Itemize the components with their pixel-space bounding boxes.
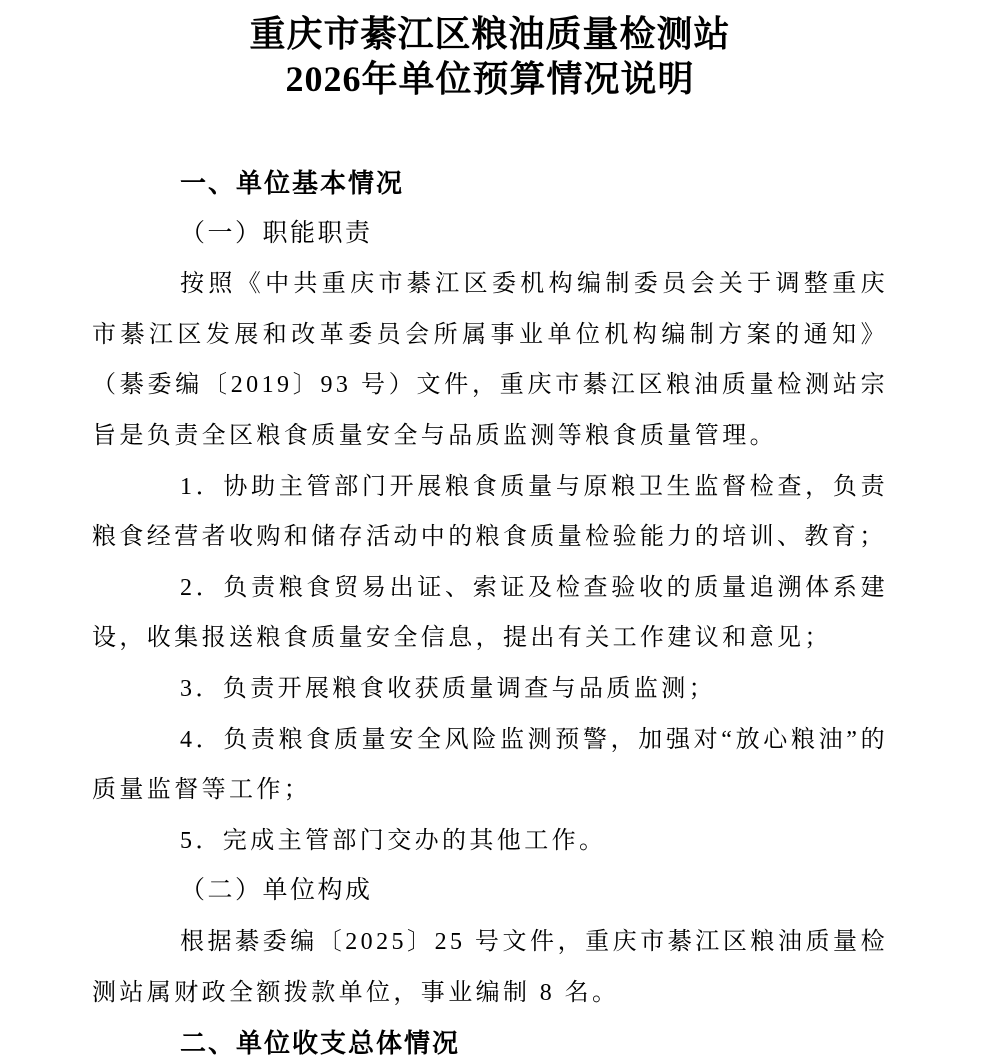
paragraph-duty-5: 5．完成主管部门交办的其他工作。 [92, 816, 888, 867]
document-title-line-2: 2026年单位预算情况说明 [92, 57, 888, 102]
section-heading-2: 二、单位收支总体情况 [92, 1018, 888, 1063]
document-title: 重庆市綦江区粮油质量检测站 2026年单位预算情况说明 [92, 12, 888, 102]
subsection-heading-1-2: （二）单位构成 [92, 866, 888, 917]
paragraph-duty-1: 1．协助主管部门开展粮食质量与原粮卫生监督检查，负责粮食经营者收购和储存活动中的… [92, 462, 888, 563]
document-content: 重庆市綦江区粮油质量检测站 2026年单位预算情况说明 一、单位基本情况 （一）… [0, 0, 1000, 1063]
paragraph-duty-2: 2．负责粮食贸易出证、索证及检查验收的质量追溯体系建设，收集报送粮食质量安全信息… [92, 563, 888, 664]
document-title-line-1: 重庆市綦江区粮油质量检测站 [92, 12, 888, 57]
paragraph-duty-3: 3．负责开展粮食收获质量调查与品质监测； [92, 664, 888, 715]
paragraph-duty-4: 4．负责粮食质量安全风险监测预警，加强对“放心粮油”的质量监督等工作； [92, 715, 888, 816]
paragraph-mandate: 按照《中共重庆市綦江区委机构编制委员会关于调整重庆市綦江区发展和改革委员会所属事… [92, 259, 888, 461]
paragraph-composition: 根据綦委编〔2025〕25 号文件，重庆市綦江区粮油质量检测站属财政全额拨款单位… [92, 917, 888, 1018]
subsection-heading-1-1: （一）职能职责 [92, 209, 888, 260]
document-page: 重庆市綦江区粮油质量检测站 2026年单位预算情况说明 一、单位基本情况 （一）… [0, 0, 1000, 1063]
section-heading-1: 一、单位基本情况 [92, 158, 888, 209]
